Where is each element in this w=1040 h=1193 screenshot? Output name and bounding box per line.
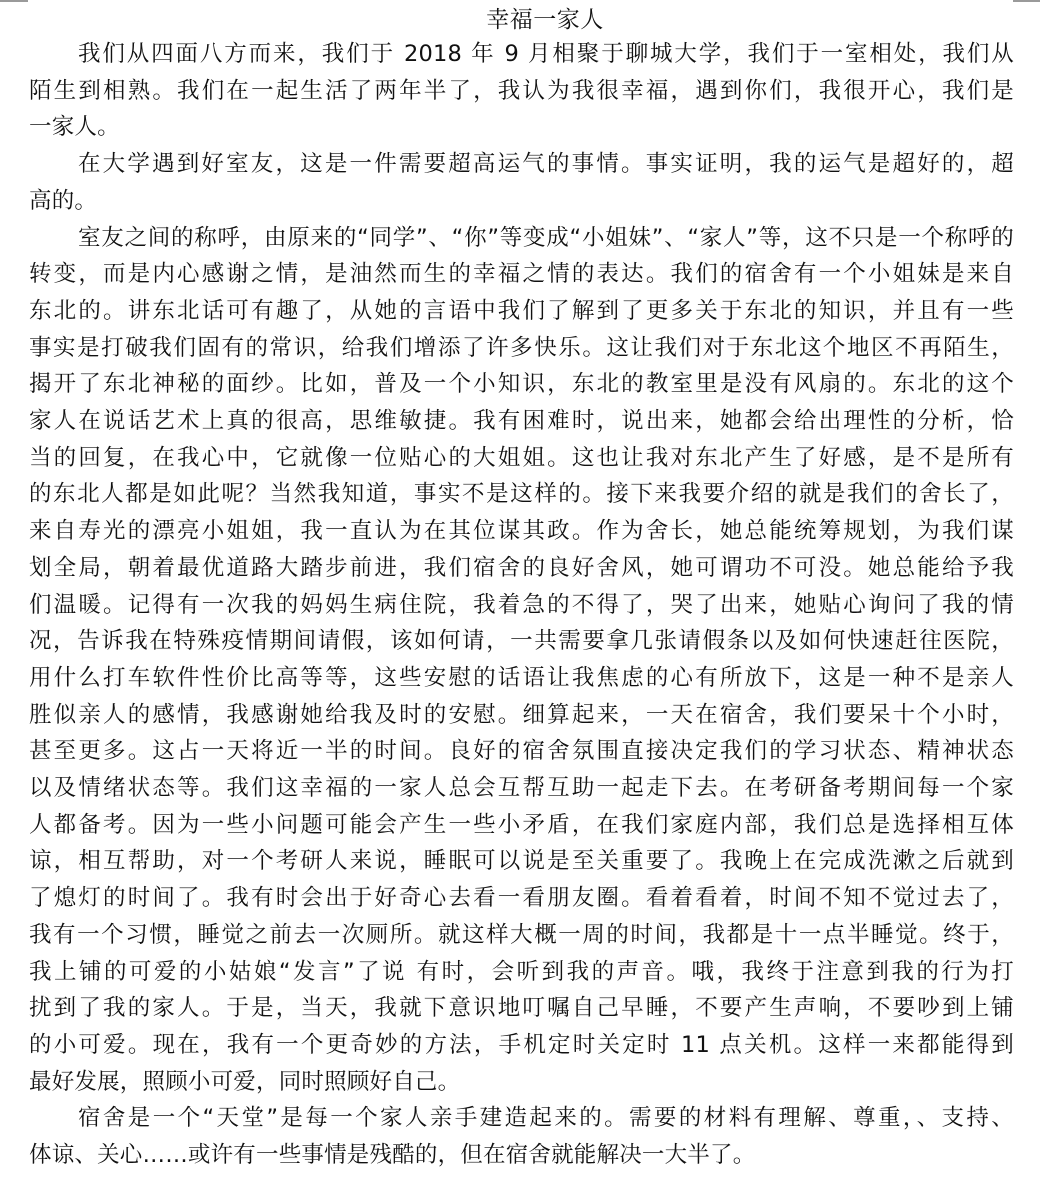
text-line: 了熄灯的时间了。我有时会出于好奇心去看一看朋友圈。看着看着，时间不知不觉过去了， [29, 882, 1014, 914]
text-line: 况，告诉我在特殊疫情期间请假，该如何请，一共需要拿几张请假条以及如何快速赶往医院… [29, 625, 1014, 657]
text-line: 的小可爱。现在，我有一个更奇妙的方法，手机定时关定时 11 点关机。这样一来都能… [29, 1029, 1014, 1061]
text-line: 家人在说话艺术上真的很高，思维敏捷。我有困难时，说出来，她都会给出理性的分析，恰 [29, 405, 1014, 437]
text-line: 我上铺的可爱的小姑娘“发言”了说 有时，会听到我的声音。哦，我终于注意到我的行为… [29, 956, 1014, 988]
text-line: 扰到了我的家人。于是，当天，我就下意识地叮嘱自己早睡，不要产生声响，不要吵到上铺 [29, 992, 1014, 1024]
text-line: 最好发展，照顾小可爱，同时照顾好自己。 [29, 1066, 1014, 1098]
text-line: 转变，而是内心感谢之情，是油然而生的幸福之情的表达。我们的宿舍有一个小姐妹是来自 [29, 258, 1014, 290]
text-line: 陌生到相熟。我们在一起生活了两年半了，我认为我很幸福，遇到你们，我很开心，我们是 [29, 75, 1014, 107]
text-line: 在大学遇到好室友，这是一件需要超高运气的事情。事实证明，我的运气是超好的，超 [78, 148, 1014, 180]
text-line: 我们从四面八方而来，我们于 2018 年 9 月相聚于聊城大学，我们于一室相处，… [78, 38, 1014, 70]
text-line: 划全局，朝着最优道路大踏步前进，我们宿舍的良好舍风，她可谓功不可没。她总能给予我 [29, 552, 1014, 584]
text-line: 一家人。 [29, 111, 1014, 143]
text-line: 揭开了东北神秘的面纱。比如，普及一个小知识，东北的教室里是没有风扇的。东北的这个 [29, 368, 1014, 400]
text-line: 体谅、关心……或许有一些事情是残酷的，但在宿舍就能解决一大半了。 [29, 1139, 1014, 1171]
document-title: 幸福一家人 [0, 4, 1040, 36]
text-line: 当的回复，在我心中，它就像一位贴心的大姐姐。这也让我对东北产生了好感，是不是所有 [29, 442, 1014, 474]
text-line: 事实是打破我们固有的常识，给我们增添了许多快乐。这让我们对于东北这个地区不再陌生… [29, 332, 1014, 364]
text-line: 们温暖。记得有一次我的妈妈生病住院，我着急的不得了，哭了出来，她贴心询问了我的情 [29, 589, 1014, 621]
text-line: 人都备考。因为一些小问题可能会产生一些小矛盾，在我们家庭内部，我们总是选择相互体 [29, 809, 1014, 841]
text-line: 我有一个习惯，睡觉之前去一次厕所。就这样大概一周的时间，我都是十一点半睡觉。终于… [29, 919, 1014, 951]
text-line: 以及情绪状态等。我们这幸福的一家人总会互帮互助一起走下去。在考研备考期间每一个家 [29, 772, 1014, 804]
text-line: 东北的。讲东北话可有趣了，从她的言语中我们了解到了更多关于东北的知识，并且有一些 [29, 295, 1014, 327]
text-line: 胜似亲人的感情，我感谢她给我及时的安慰。细算起来，一天在宿舍，我们要呆十个小时， [29, 699, 1014, 731]
text-line: 的东北人都是如此呢？当然我知道，事实不是这样的。接下来我要介绍的就是我们的舍长了… [29, 478, 1014, 510]
text-line: 用什么打车软件性价比高等等，这些安慰的话语让我焦虑的心有所放下，这是一种不是亲人 [29, 662, 1014, 694]
text-line: 室友之间的称呼，由原来的“同学”、“你”等变成“小姐妹”、“家人”等，这不只是一… [78, 222, 1014, 254]
text-line: 谅，相互帮助，对一个考研人来说，睡眠可以说是至关重要了。我晚上在完成洗漱之后就到 [29, 845, 1014, 877]
text-line: 宿舍是一个“天堂”是每一个家人亲手建造起来的。需要的材料有理解、尊重，、支持、 [78, 1102, 1014, 1134]
text-line: 高的。 [29, 185, 1014, 217]
page-edge-right [1013, 0, 1040, 2]
text-line: 甚至更多。这占一天将近一半的时间。良好的宿舍氛围直接决定我们的学习状态、精神状态 [29, 735, 1014, 767]
page-edge-left [0, 0, 28, 2]
text-line: 来自寿光的漂亮小姐姐，我一直认为在其位谋其政。作为舍长，她总能统筹规划，为我们谋 [29, 515, 1014, 547]
